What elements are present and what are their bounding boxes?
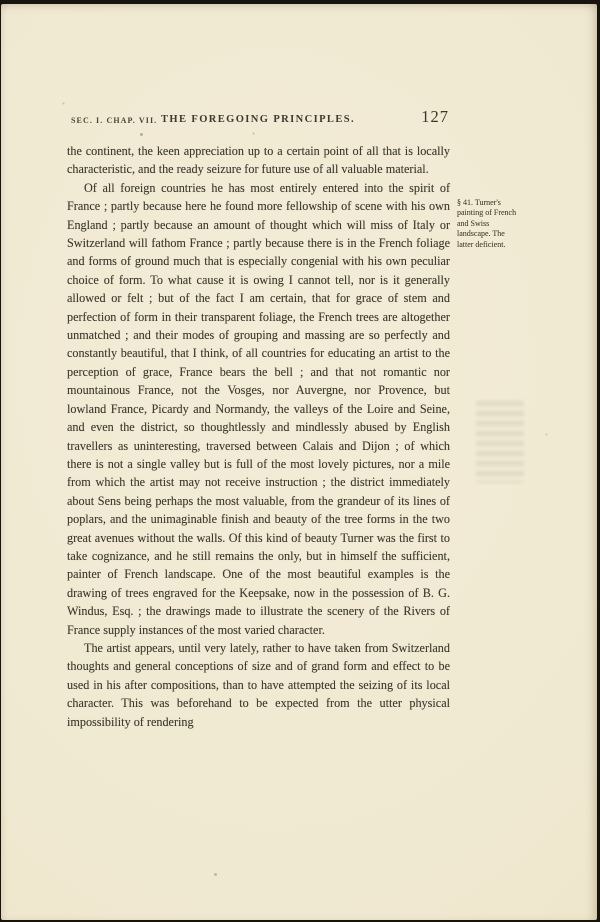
page-show-through-smudge [476,401,524,483]
body-text: the continent, the keen appreciation up … [67,142,450,731]
paragraph: The artist appears, until very lately, r… [67,639,450,731]
paper-foxing-specks [1,4,2,5]
paragraph: the continent, the keen appreciation up … [67,142,450,179]
page-number: 127 [367,107,449,127]
margin-note: § 41. Turner's painting of French and Sw… [457,198,521,250]
book-page: SEC. I. CHAP. VII. THE FOREGOING PRINCIP… [1,4,597,920]
paragraph: Of all foreign countries he has most ent… [67,179,450,639]
